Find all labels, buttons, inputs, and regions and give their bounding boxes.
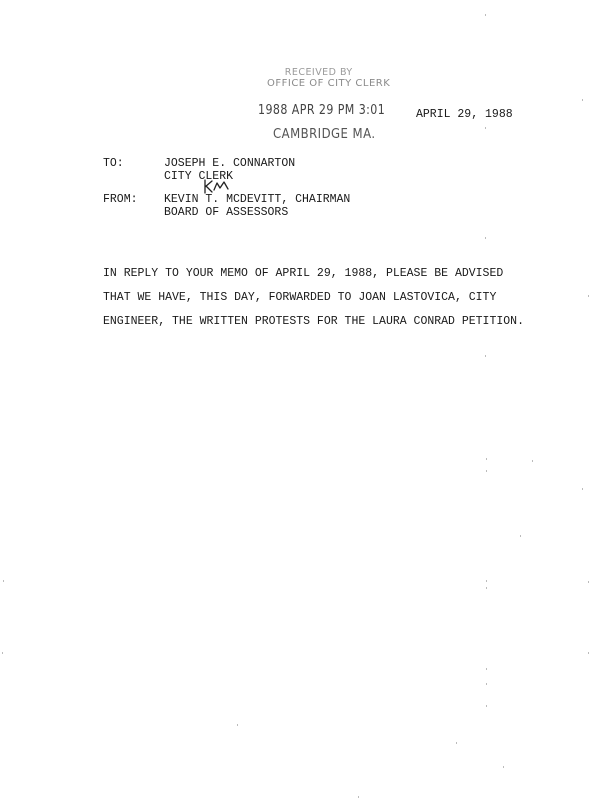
scan-speck: [2, 652, 3, 654]
scan-speck: [485, 355, 486, 357]
from-title: BOARD OF ASSESSORS: [164, 206, 288, 219]
from-label: FROM:: [103, 193, 138, 206]
scan-speck: [485, 127, 486, 129]
scan-speck: [486, 580, 487, 582]
body-line: ENGINEER, THE WRITTEN PROTESTS FOR THE L…: [103, 315, 524, 328]
received-stamp-line1: RECEIVED BY: [285, 67, 353, 78]
scan-speck: [485, 14, 486, 16]
body-line: THAT WE HAVE, THIS DAY, FORWARDED TO JOA…: [103, 291, 496, 304]
scan-speck: [503, 766, 504, 768]
memo-date: APRIL 29, 1988: [416, 108, 513, 121]
scan-speck: [582, 99, 583, 101]
received-stamp-timestamp: 1988 APR 29 PM 3:01: [258, 103, 385, 118]
scan-speck: [486, 458, 487, 460]
scan-speck: [532, 460, 533, 462]
scan-speck: [520, 535, 521, 537]
scan-speck: [485, 237, 486, 239]
scan-speck: [358, 796, 359, 798]
scan-speck: [582, 488, 583, 490]
scan-speck: [237, 724, 238, 726]
handwritten-initials-icon: [202, 178, 234, 194]
scan-speck: [456, 742, 457, 744]
scan-speck: [486, 668, 487, 670]
scan-speck: [486, 587, 487, 589]
scan-speck: [486, 705, 487, 707]
memo-page: RECEIVED BY OFFICE OF CITY CLERK 1988 AP…: [0, 0, 589, 800]
to-label: TO:: [103, 157, 124, 170]
from-name: KEVIN T. MCDEVITT, CHAIRMAN: [164, 193, 350, 206]
received-stamp-line2: OFFICE OF CITY CLERK: [267, 78, 390, 89]
to-name: JOSEPH E. CONNARTON: [164, 157, 295, 170]
scan-speck: [486, 470, 487, 472]
received-stamp-location: CAMBRIDGE MA.: [273, 127, 376, 142]
body-line: IN REPLY TO YOUR MEMO OF APRIL 29, 1988,…: [103, 267, 503, 280]
scan-speck: [3, 580, 4, 582]
scan-speck: [486, 683, 487, 685]
